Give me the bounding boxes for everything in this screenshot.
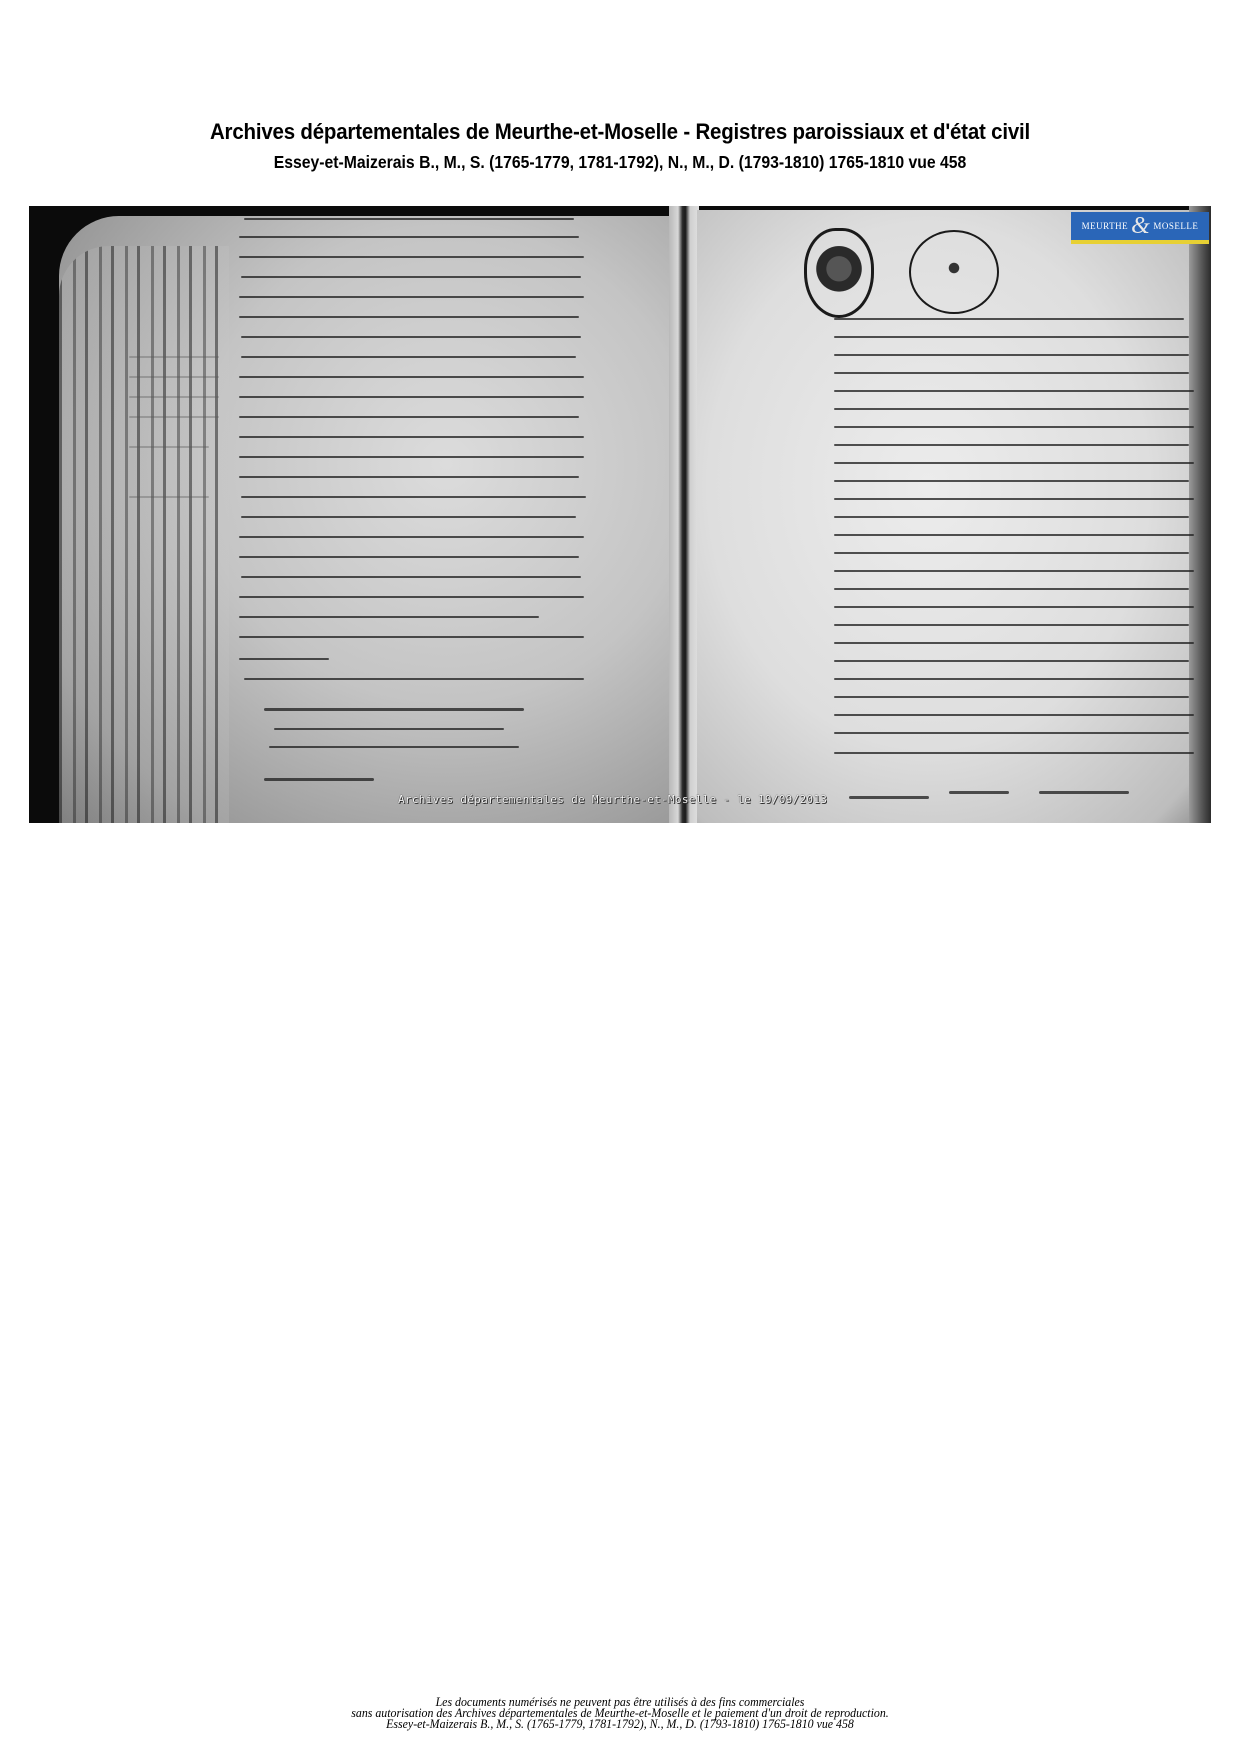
logo-ampersand: &: [1131, 216, 1150, 236]
document-header: Archives départementales de Meurthe-et-M…: [0, 118, 1240, 174]
logo-text-right: MOSELLE: [1153, 221, 1198, 231]
left-page-edges: [59, 246, 229, 823]
meurthe-et-moselle-logo: MEURTHE & MOSELLE: [1071, 212, 1209, 244]
footer-line-3: Essey-et-Maizerais B., M., S. (1765-1779…: [31, 1719, 1209, 1730]
archive-stamp-1637: [804, 228, 874, 318]
right-page-edge: [1189, 206, 1211, 823]
logo-text-left: MEURTHE: [1082, 221, 1128, 231]
archive-title: Archives départementales de Meurthe-et-M…: [43, 118, 1196, 146]
usage-notice-footer: Les documents numérisés ne peuvent pas ê…: [0, 1697, 1240, 1730]
lorraine-coat-of-arms-stamp: [909, 230, 999, 314]
book-gutter: [669, 206, 699, 823]
register-subtitle: Essey-et-Maizerais B., M., S. (1765-1779…: [62, 150, 1178, 174]
archive-watermark: Archives départementales de Meurthe-et-M…: [398, 793, 827, 806]
register-scan-image: [29, 206, 1211, 823]
